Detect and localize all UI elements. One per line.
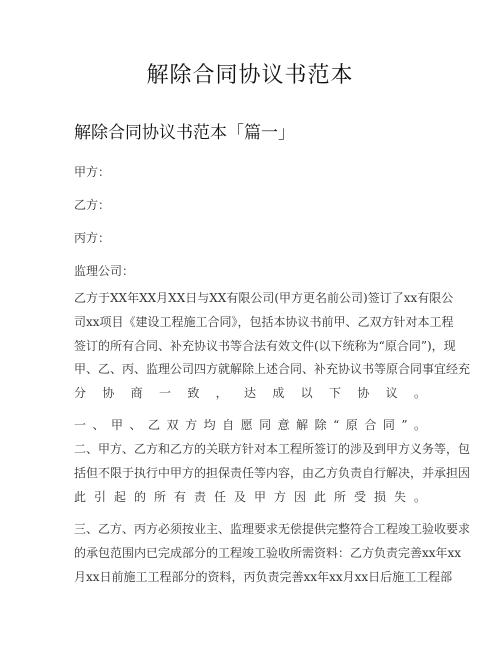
paragraph-line: 的承包范围内已完成部分的工程竣工验收所需资料：乙方负责完善xx年xx (74, 542, 426, 566)
paragraph-line: 三、乙方、丙方必须按业主、监理要求无偿提供完整符合工程竣工验收要求 (74, 518, 426, 542)
paragraph-line: 月xx日前施工工程部分的资料，丙负责完善xx年xx月xx日后施工工程部 (74, 566, 426, 590)
paragraph-line: 一、甲、乙双方均自愿同意解除“原合同”。 (74, 414, 426, 438)
section-title: 解除合同协议书范本「篇一」 (74, 118, 295, 143)
paragraph-line: 司xx项目《建设工程施工合同》，包括本协议书前甲、乙双方针对本工程 (74, 311, 426, 335)
paragraph-line: 乙方于XX年XX月XX日与XX有限公司(甲方更名前公司)签订了xx有限公 (74, 287, 426, 311)
paragraph-line: 分协商一致，达成以下协议。 (74, 382, 426, 406)
clause-2: 二、甲方、乙方和乙方的关联方针对本工程所签订的涉及到甲方义务等，包 括但不限于执… (74, 438, 426, 509)
document-title: 解除合同协议书范本 (0, 58, 500, 89)
party-a-field: 甲方： (74, 163, 110, 180)
paragraph-line: 甲、乙、丙、监理公司四方就解除上述合同、补充协议书等原合同事宜经充 (74, 358, 426, 382)
paragraph-line: 签订的所有合同、补充协议书等合法有效文件(以下统称为“原合同”)，现 (74, 335, 426, 359)
party-c-field: 丙方： (74, 229, 110, 246)
clause-3: 三、乙方、丙方必须按业主、监理要求无偿提供完整符合工程竣工验收要求 的承包范围内… (74, 518, 426, 589)
paragraph-line: 此引起的所有责任及甲方因此所受损失。 (74, 486, 426, 510)
supervisor-field: 监理公司： (74, 262, 134, 279)
paragraph-line: 括但不限于执行中甲方的担保责任等内容，由乙方负责自行解决，并承担因 (74, 462, 426, 486)
intro-paragraph: 乙方于XX年XX月XX日与XX有限公司(甲方更名前公司)签订了xx有限公 司xx… (74, 287, 426, 406)
party-b-field: 乙方： (74, 196, 110, 213)
clause-1: 一、甲、乙双方均自愿同意解除“原合同”。 (74, 414, 426, 438)
paragraph-line: 二、甲方、乙方和乙方的关联方针对本工程所签订的涉及到甲方义务等，包 (74, 438, 426, 462)
